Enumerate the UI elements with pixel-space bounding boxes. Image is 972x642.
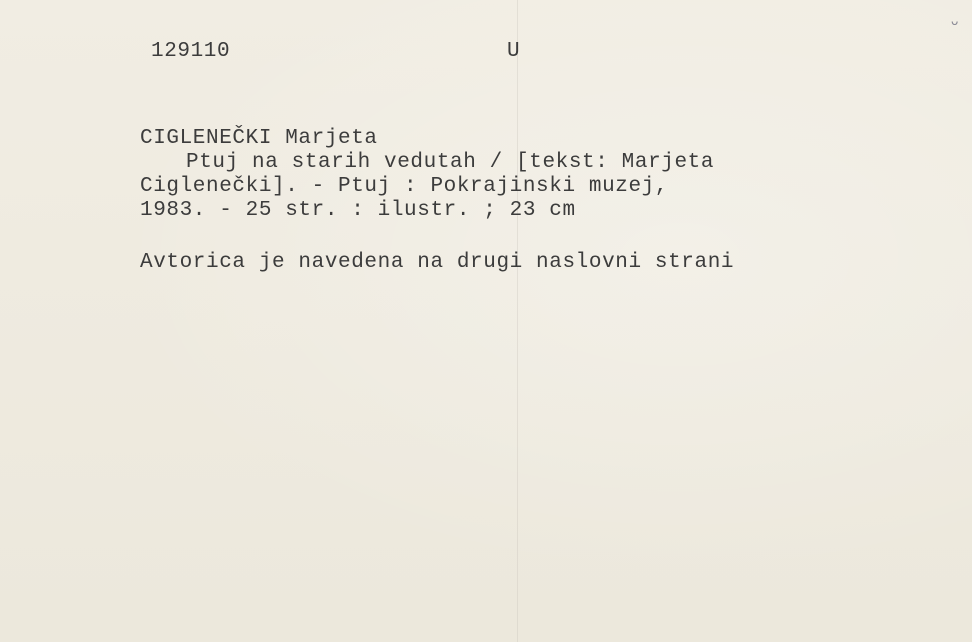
author-heading: CIGLENEČKI Marjeta xyxy=(140,127,378,151)
note-text: Avtorica je navedena na drugi naslovni s… xyxy=(140,251,734,275)
catalog-card: 129110 U CIGLENEČKI Marjeta Ptuj na star… xyxy=(0,0,972,642)
description-line-2: Ciglenečki]. - Ptuj : Pokrajinski muzej, xyxy=(140,175,668,199)
accession-number: 129110 xyxy=(151,40,230,64)
corner-mark: ᴗ xyxy=(951,14,958,28)
location-mark: U xyxy=(507,40,520,64)
card-fold-line xyxy=(517,0,518,642)
description-line-1: Ptuj na starih vedutah / [tekst: Marjeta xyxy=(186,151,714,175)
description-line-3: 1983. - 25 str. : ilustr. ; 23 cm xyxy=(140,199,576,223)
